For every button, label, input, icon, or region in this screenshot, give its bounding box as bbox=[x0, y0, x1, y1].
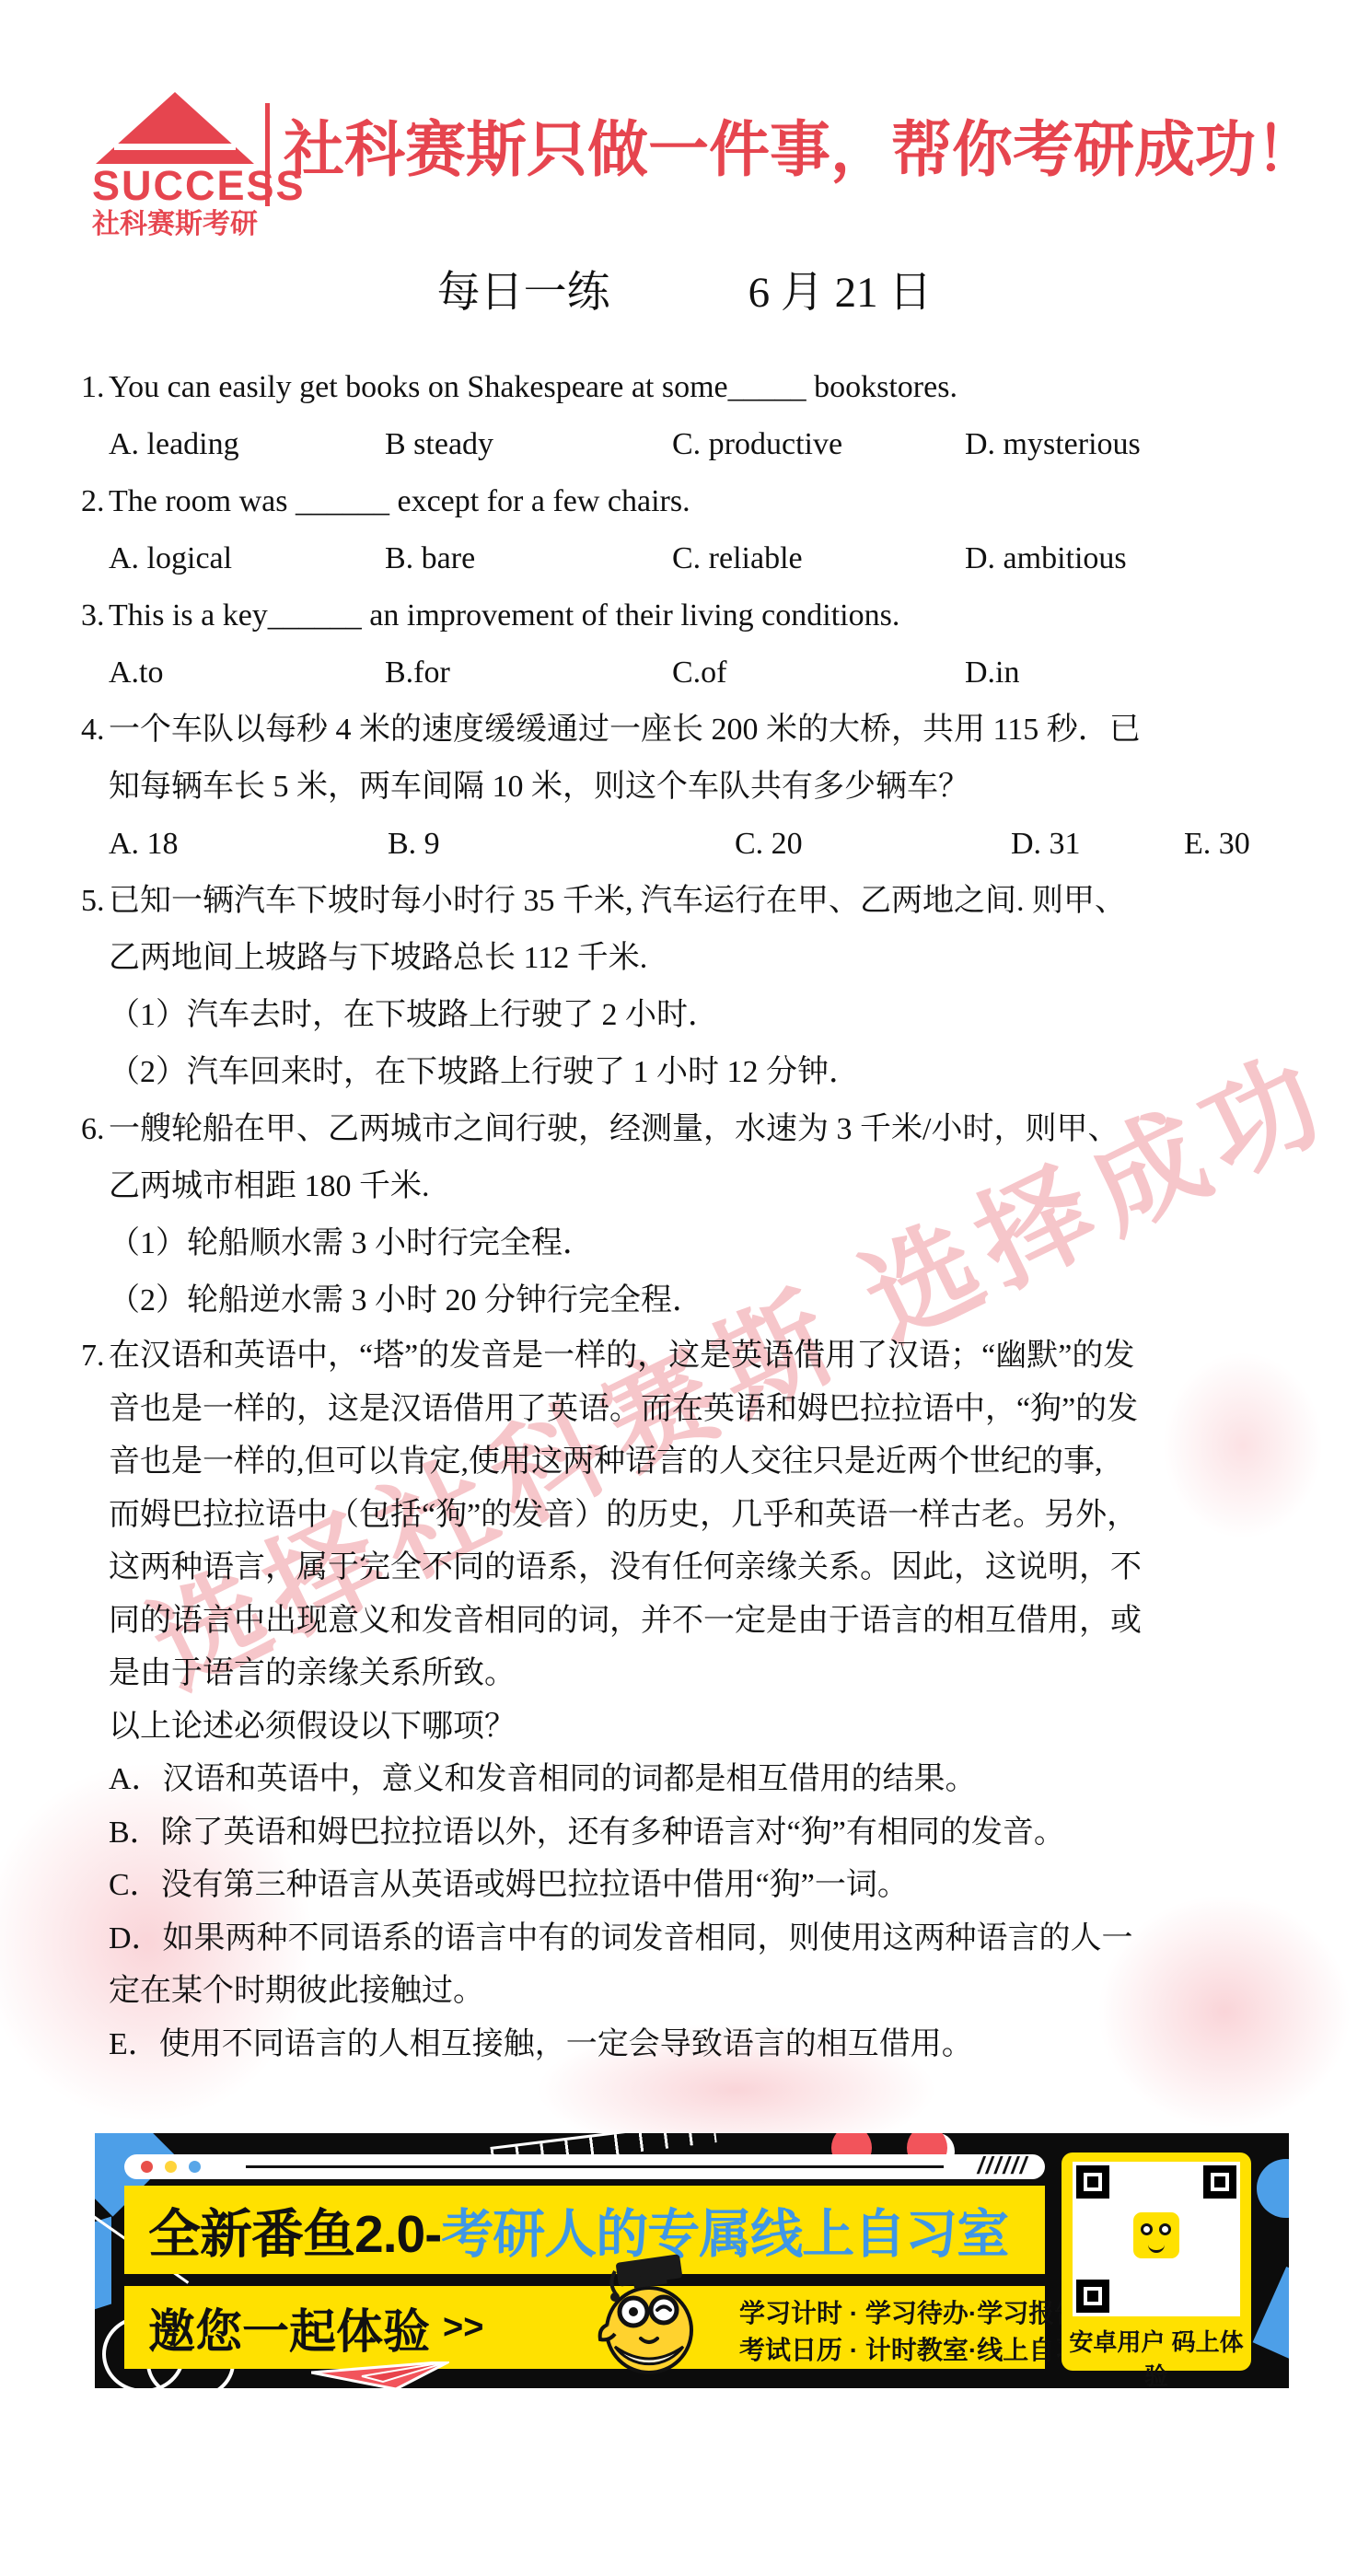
feature-line: 学习计时 · 学习待办·学习报告 bbox=[739, 2295, 1043, 2332]
roof-icon bbox=[96, 92, 254, 164]
option-d: D. ambitious bbox=[965, 530, 1293, 587]
option-a: A. leading bbox=[109, 416, 385, 473]
blue-edge-shape bbox=[95, 2216, 111, 2312]
question-line: 一艘轮船在甲、乙两城市之间行驶，经测量，水速为 3 千米/小时，则甲、 bbox=[109, 1101, 1293, 1158]
question-line: 已知一辆汽车下坡时每小时行 35 千米, 汽车运行在甲、乙两地之间. 则甲、 bbox=[109, 873, 1293, 930]
question-line: 知每辆车长 5 米，两车间隔 10 米，则这个车队共有多少辆车？ bbox=[109, 759, 1293, 816]
option-d: D．如果两种不同语系的语言中有的词发音相同，则使用这两种语言的人一 bbox=[109, 1912, 1293, 1966]
option-a: A. logical bbox=[109, 530, 385, 587]
browser-dot-red-icon bbox=[141, 2161, 153, 2173]
options-row: A. 18 B. 9 C. 20 D. 31 E. 30 bbox=[109, 816, 1293, 873]
question-number: 1. bbox=[81, 359, 105, 416]
condition-2: （2）轮船逆水需 3 小时 20 分钟行完全程． bbox=[109, 1272, 1293, 1329]
ad-banner[interactable]: ////// 全新番鱼2.0-考研人的专属线上自习室 邀您一起体验 >> 学习计… bbox=[95, 2133, 1289, 2388]
logo-sub-text: 社科赛斯考研 bbox=[92, 208, 258, 241]
option-c: C.of bbox=[672, 644, 965, 702]
exam-practice-page: 选择社科赛斯 选择成功 SUCCESS 社科赛斯考研 社科赛斯只做一件事，帮你考… bbox=[0, 0, 1369, 2576]
page-title: 每日一练 6 月 21 日 bbox=[0, 267, 1369, 319]
question-2: 2. The room was ______ except for a few … bbox=[81, 473, 1293, 587]
question-number: 7. bbox=[81, 1329, 105, 1383]
banner-headline: 全新番鱼2.0-考研人的专属线上自习室 bbox=[148, 2192, 1008, 2268]
question-line: 是由于语言的亲缘关系所致。 bbox=[109, 1647, 1293, 1700]
option-d: D. 31 bbox=[1011, 816, 1184, 873]
option-a: A. 18 bbox=[109, 816, 388, 873]
feature-list: 学习计时 · 学习待办·学习报告 考试日历 · 计时教室·线上自习 bbox=[739, 2295, 1043, 2369]
question-stem: 以上论述必须假设以下哪项？ bbox=[109, 1700, 1293, 1754]
option-c: C. 20 bbox=[735, 816, 1011, 873]
condition-1: （1）轮船顺水需 3 小时行完全程． bbox=[109, 1215, 1293, 1272]
qr-center-fish-icon bbox=[1131, 2210, 1182, 2261]
title-left: 每日一练 bbox=[437, 267, 610, 319]
option-c: C．没有第三种语言从英语或姆巴拉拉语中借用“狗”一词。 bbox=[109, 1859, 1293, 1912]
question-line: You can easily get books on Shakespeare … bbox=[109, 359, 1293, 416]
header-slogan: 社科赛斯只做一件事，帮你考研成功！ bbox=[284, 112, 1315, 186]
question-line: The room was ______ except for a few cha… bbox=[109, 473, 1293, 530]
option-b: B.for bbox=[385, 644, 672, 702]
invite-text: 邀您一起体验 bbox=[148, 2293, 430, 2361]
option-e: E．使用不同语言的人相互接触，一定会导致语言的相互借用。 bbox=[109, 2018, 1293, 2071]
option-e: E. 30 bbox=[1184, 816, 1293, 873]
question-list: 1. You can easily get books on Shakespea… bbox=[81, 359, 1293, 2071]
question-line: 在汉语和英语中，“塔”的发音是一样的，这是英语借用了汉语；“幽默”的发 bbox=[109, 1329, 1293, 1383]
option-a: A.to bbox=[109, 644, 385, 702]
question-number: 6. bbox=[81, 1101, 105, 1158]
question-line: 同的语言中出现意义和发音相同的词，并不一定是由于语言的相互借用，或 bbox=[109, 1595, 1293, 1648]
option-d: D.in bbox=[965, 644, 1293, 702]
option-b: B steady bbox=[385, 416, 672, 473]
banner-headline-strip: 全新番鱼2.0-考研人的专属线上自习室 bbox=[124, 2186, 1045, 2274]
options-row: A. logical B. bare C. reliable D. ambiti… bbox=[109, 530, 1293, 587]
feature-line: 考试日历 · 计时教室·线上自习 bbox=[739, 2332, 1043, 2369]
question-6: 6. 一艘轮船在甲、乙两城市之间行驶，经测量，水速为 3 千米/小时，则甲、 乙… bbox=[81, 1101, 1293, 1329]
question-line: 乙两城市相距 180 千米. bbox=[109, 1158, 1293, 1215]
headline-blue-text: 考研人的专属线上自习室 bbox=[441, 2205, 1008, 2264]
question-number: 3. bbox=[81, 587, 105, 644]
chevrons-right-icon: >> bbox=[443, 2308, 483, 2348]
question-number: 4. bbox=[81, 702, 105, 759]
question-number: 5. bbox=[81, 873, 105, 930]
question-3: 3. This is a key______ an improvement of… bbox=[81, 587, 1293, 702]
qr-finder-icon bbox=[1203, 2165, 1236, 2199]
question-line: 而姆巴拉拉语中（包括“狗”的发音）的历史，几乎和英语一样古老。另外， bbox=[109, 1489, 1293, 1542]
condition-1: （1）汽车去时，在下坡路上行驶了 2 小时． bbox=[109, 987, 1293, 1044]
options-row: A. leading B steady C. productive D. mys… bbox=[109, 416, 1293, 473]
question-line: 乙两地间上坡路与下坡路总长 112 千米. bbox=[109, 930, 1293, 987]
question-7: 7. 在汉语和英语中，“塔”的发音是一样的，这是英语借用了汉语；“幽默”的发 音… bbox=[81, 1329, 1293, 2071]
question-number: 2. bbox=[81, 473, 105, 530]
blue-edge-shape bbox=[1253, 2267, 1289, 2359]
option-d-continued: 定在某个时期彼此接触过。 bbox=[109, 1965, 1293, 2018]
question-line: 一个车队以每秒 4 米的速度缓缓通过一座长 200 米的大桥，共用 115 秒．… bbox=[109, 702, 1293, 759]
paper-plane-icon bbox=[311, 2361, 449, 2388]
option-a: A．汉语和英语中，意义和发音相同的词都是相互借用的结果。 bbox=[109, 1753, 1293, 1806]
browser-bar: ////// bbox=[124, 2154, 1045, 2179]
qr-code bbox=[1073, 2162, 1240, 2316]
mascot-fish-icon bbox=[597, 2251, 698, 2382]
option-d: D. mysterious bbox=[965, 416, 1293, 473]
question-line: 音也是一样的,但可以肯定,使用这两种语言的人交往只是近两个世纪的事, bbox=[109, 1435, 1293, 1489]
logo-brand-text: SUCCESS bbox=[92, 164, 258, 208]
option-b: B. bare bbox=[385, 530, 672, 587]
question-line: This is a key______ an improvement of th… bbox=[109, 587, 1293, 644]
option-c: C. productive bbox=[672, 416, 965, 473]
option-b: B. 9 bbox=[388, 816, 735, 873]
option-c: C. reliable bbox=[672, 530, 965, 587]
qr-caption: 安卓用户 码上体验 bbox=[1062, 2324, 1251, 2388]
qr-finder-icon bbox=[1076, 2280, 1109, 2313]
question-line: 音也是一样的，这是汉语借用了英语。而在英语和姆巴拉拉语中，“狗”的发 bbox=[109, 1383, 1293, 1436]
blue-circle-shape bbox=[1257, 2159, 1289, 2218]
condition-2: （2）汽车回来时，在下坡路上行驶了 1 小时 12 分钟． bbox=[109, 1044, 1293, 1101]
slashes-icon: ////// bbox=[978, 2152, 1028, 2180]
question-4: 4. 一个车队以每秒 4 米的速度缓缓通过一座长 200 米的大桥，共用 115… bbox=[81, 702, 1293, 873]
question-line: 这两种语言，属于完全不同的语系，没有任何亲缘关系。因此，这说明，不 bbox=[109, 1541, 1293, 1595]
browser-bar-line bbox=[246, 2165, 944, 2168]
browser-dot-yellow-icon bbox=[165, 2161, 177, 2173]
title-date: 6 月 21 日 bbox=[748, 267, 933, 319]
qr-panel: 安卓用户 码上体验 bbox=[1062, 2152, 1251, 2371]
option-b: B．除了英语和姆巴拉拉语以外，还有多种语言对“狗”有相同的发音。 bbox=[109, 1806, 1293, 1860]
options-row: A.to B.for C.of D.in bbox=[109, 644, 1293, 702]
qr-finder-icon bbox=[1076, 2165, 1109, 2199]
success-logo: SUCCESS 社科赛斯考研 bbox=[92, 92, 258, 241]
header-divider bbox=[265, 103, 270, 206]
question-1: 1. You can easily get books on Shakespea… bbox=[81, 359, 1293, 473]
question-5: 5. 已知一辆汽车下坡时每小时行 35 千米, 汽车运行在甲、乙两地之间. 则甲… bbox=[81, 873, 1293, 1101]
browser-dot-blue-icon bbox=[189, 2161, 201, 2173]
headline-black-text: 全新番鱼2.0- bbox=[148, 2205, 441, 2264]
